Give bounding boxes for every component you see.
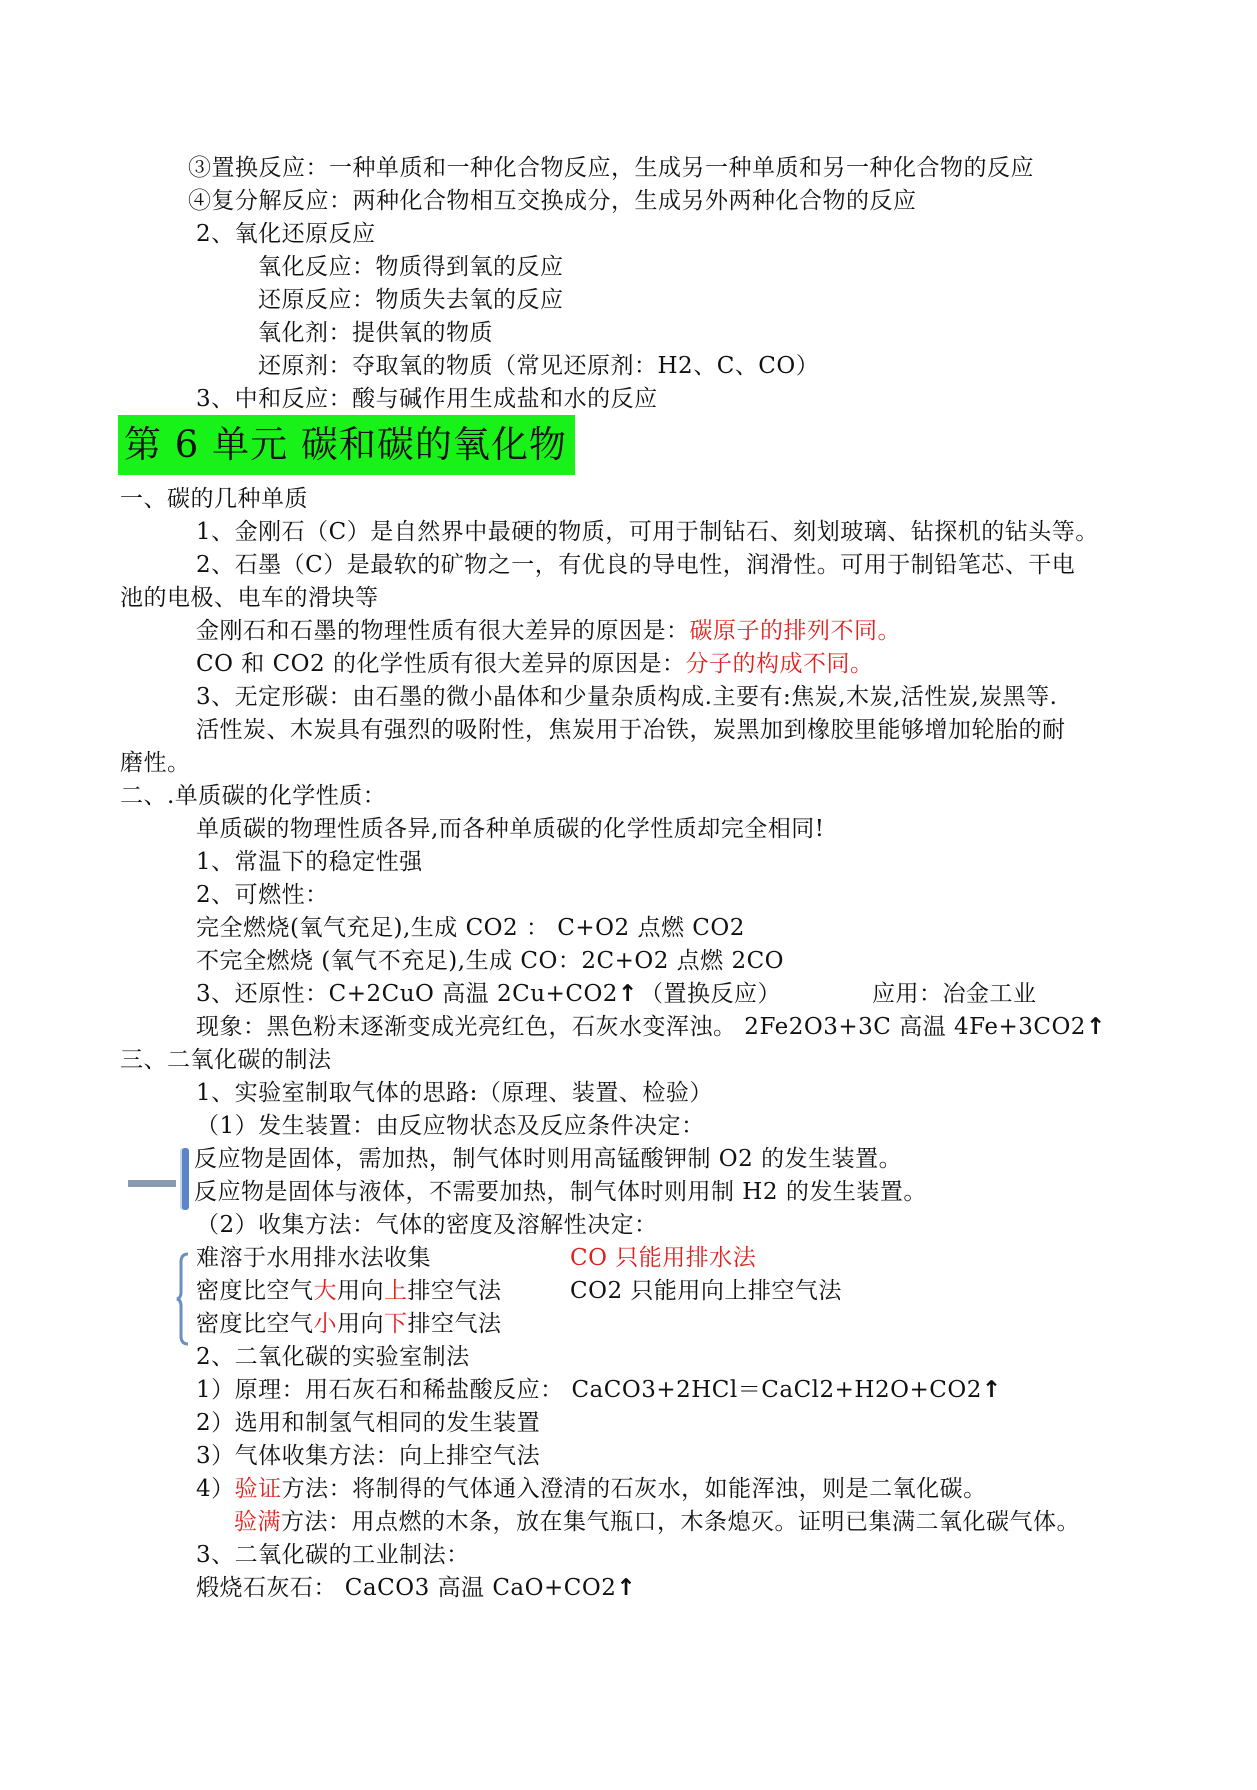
collection-upward-emph-up: 上 bbox=[384, 1278, 408, 1304]
reason-diamond-graphite-answer: 碳原子的排列不同。 bbox=[690, 618, 902, 644]
industrial-method-title: 3、二氧化碳的工业制法： bbox=[196, 1540, 470, 1570]
collection-water: 难溶于水用排水法收集 bbox=[196, 1243, 431, 1273]
collection-co2-note: CO2 只能用向上排空气法 bbox=[570, 1276, 842, 1306]
displacement-reaction-definition: ③置换反应：一种单质和一种化合物反应，生成另一种单质和另一种化合物的反应 bbox=[188, 153, 1034, 183]
dash-marker bbox=[128, 1180, 176, 1187]
reason-co-co2: CO 和 CO2 的化学性质有很大差异的原因是：分子的构成不同。 bbox=[196, 649, 873, 679]
collection-downward-emph-down: 下 bbox=[384, 1311, 408, 1337]
collection-upward-text: 密度比空气 bbox=[196, 1278, 314, 1304]
lab-co2-method-title: 2、二氧化碳的实验室制法 bbox=[196, 1342, 470, 1372]
adsorption-paragraph-line1: 活性炭、木炭具有强烈的吸附性，焦炭用于冶铁，炭黑加到橡胶里能够增加轮胎的耐 bbox=[196, 715, 1066, 745]
gas-arrow-icon: ↑ bbox=[982, 1377, 1002, 1403]
reducibility-item: 3、还原性：C+2CuO 高温 2Cu+CO2↑ bbox=[196, 979, 638, 1009]
unit-heading: 第 6 单元 碳和碳的氧化物 bbox=[124, 419, 567, 471]
generator-solid-liquid: 反应物是固体与液体，不需要加热，制气体时则用制 H2 的发生装置。 bbox=[194, 1177, 927, 1207]
section-1-title: 一、碳的几种单质 bbox=[120, 484, 308, 514]
generator-title: （1）发生装置：由反应物状态及反应条件决定： bbox=[196, 1111, 705, 1141]
phenomenon-text: 现象：黑色粉末逐渐变成光亮红色，石灰水变浑浊。 2Fe2O3+3C 高温 4Fe… bbox=[196, 1014, 1086, 1040]
section-2-title: 二、.单质碳的化学性质： bbox=[120, 781, 386, 811]
full-check-line: 验满方法：用点燃的木条，放在集气瓶口，木条熄灭。证明已集满二氧化碳气体。 bbox=[234, 1507, 1080, 1537]
adsorption-paragraph-line2: 磨性。 bbox=[120, 748, 191, 778]
generator-solid-heated: 反应物是固体，需加热，制气体时则用高锰酸钾制 O2 的发生装置。 bbox=[194, 1144, 902, 1174]
bracket-marker bbox=[182, 1148, 189, 1210]
principle-equation: 1）原理：用石灰石和稀盐酸反应： CaCO3+2HCl＝CaCl2+H2O+CO… bbox=[196, 1377, 982, 1403]
apparatus-line: 2）选用和制氢气相同的发生装置 bbox=[196, 1408, 540, 1438]
reduction-definition: 还原反应：物质失去氧的反应 bbox=[258, 285, 564, 315]
oxidant-definition: 氧化剂：提供氧的物质 bbox=[258, 318, 493, 348]
combustibility-item: 2、可燃性： bbox=[196, 880, 329, 910]
redox-title: 2、氧化还原反应 bbox=[196, 219, 376, 249]
brace-icon bbox=[176, 1252, 190, 1346]
full-check-keyword: 验满 bbox=[234, 1509, 281, 1535]
collection-downward: 密度比空气小用向下排空气法 bbox=[196, 1309, 502, 1339]
reaction-type-note: （置换反应） bbox=[640, 979, 781, 1009]
section-3-title: 三、二氧化碳的制法 bbox=[120, 1045, 332, 1075]
incomplete-combustion-equation: 不完全燃烧 (氧气不充足),生成 CO：2C+O2 点燃 2CO bbox=[196, 946, 784, 976]
gas-arrow-icon: ↑ bbox=[618, 981, 638, 1007]
collection-downward-text: 用向 bbox=[337, 1311, 384, 1337]
gas-arrow-icon: ↑ bbox=[1086, 1014, 1106, 1040]
lab-gas-approach: 1、实验室制取气体的思路:（原理、装置、检验） bbox=[196, 1078, 713, 1108]
collection-downward-text: 密度比空气 bbox=[196, 1311, 314, 1337]
application-note: 应用：冶金工业 bbox=[872, 979, 1037, 1009]
collection-upward: 密度比空气大用向上排空气法 bbox=[196, 1276, 502, 1306]
diamond-paragraph: 1、金刚石（C）是自然界中最硬的物质，可用于制钻石、刻划玻璃、钻探机的钻头等。 bbox=[196, 517, 1099, 547]
reductant-definition: 还原剂：夺取氧的物质（常见还原剂：H2、C、CO） bbox=[258, 351, 819, 381]
collection-method-line: 3）气体收集方法：向上排空气法 bbox=[196, 1441, 540, 1471]
collection-upward-emph-large: 大 bbox=[314, 1278, 338, 1304]
full-check-text: 方法：用点燃的木条，放在集气瓶口，木条熄灭。证明已集满二氧化碳气体。 bbox=[281, 1509, 1080, 1535]
industrial-equation: 煅烧石灰石： CaCO3 高温 CaO+CO2 bbox=[196, 1575, 616, 1601]
oxidation-definition: 氧化反应：物质得到氧的反应 bbox=[258, 252, 564, 282]
verification-keyword: 验证 bbox=[235, 1476, 282, 1502]
double-decomposition-definition: ④复分解反应：两种化合物相互交换成分，生成另外两种化合物的反应 bbox=[188, 186, 917, 216]
verification-prefix: 4） bbox=[196, 1476, 235, 1502]
collection-downward-text: 排空气法 bbox=[408, 1311, 502, 1337]
verification-text: 方法：将制得的气体通入澄清的石灰水，如能浑浊，则是二氧化碳。 bbox=[282, 1476, 987, 1502]
collection-title: （2）收集方法：气体的密度及溶解性决定： bbox=[196, 1210, 658, 1240]
graphite-paragraph-line2: 池的电极、电车的滑块等 bbox=[120, 583, 379, 613]
collection-co-note: CO 只能用排水法 bbox=[570, 1243, 756, 1273]
collection-upward-text: 用向 bbox=[337, 1278, 384, 1304]
document-page: ③置换反应：一种单质和一种化合物反应，生成另一种单质和另一种化合物的反应 ④复分… bbox=[0, 0, 1257, 1790]
complete-combustion-equation: 完全燃烧(氧气充足),生成 CO2 ： C+O2 点燃 CO2 bbox=[196, 913, 745, 943]
stability-item: 1、常温下的稳定性强 bbox=[196, 847, 423, 877]
graphite-paragraph-line1: 2、石墨（C）是最软的矿物之一，有优良的导电性，润滑性。可用于制铅笔芯、干电 bbox=[196, 550, 1075, 580]
industrial-equation-line: 煅烧石灰石： CaCO3 高温 CaO+CO2↑ bbox=[196, 1573, 636, 1603]
reason-co-co2-answer: 分子的构成不同。 bbox=[685, 651, 873, 677]
reducibility-equation: 3、还原性：C+2CuO 高温 2Cu+CO2 bbox=[196, 981, 618, 1007]
reason-diamond-graphite: 金刚石和石墨的物理性质有很大差异的原因是：碳原子的排列不同。 bbox=[196, 616, 901, 646]
principle-line: 1）原理：用石灰石和稀盐酸反应： CaCO3+2HCl＝CaCl2+H2O+CO… bbox=[196, 1375, 1002, 1405]
verification-line: 4）验证方法：将制得的气体通入澄清的石灰水，如能浑浊，则是二氧化碳。 bbox=[196, 1474, 987, 1504]
carbon-chemistry-intro: 单质碳的物理性质各异,而各种单质碳的化学性质却完全相同! bbox=[196, 814, 825, 844]
collection-upward-text: 排空气法 bbox=[408, 1278, 502, 1304]
reason-diamond-graphite-prefix: 金刚石和石墨的物理性质有很大差异的原因是： bbox=[196, 618, 690, 644]
gas-arrow-icon: ↑ bbox=[616, 1575, 636, 1601]
neutralization-definition: 3、中和反应：酸与碱作用生成盐和水的反应 bbox=[196, 384, 658, 414]
reason-co-co2-prefix: CO 和 CO2 的化学性质有很大差异的原因是： bbox=[196, 651, 685, 677]
collection-downward-emph-small: 小 bbox=[314, 1311, 338, 1337]
phenomenon-line: 现象：黑色粉末逐渐变成光亮红色，石灰水变浑浊。 2Fe2O3+3C 高温 4Fe… bbox=[196, 1012, 1106, 1042]
amorphous-carbon-paragraph: 3、无定形碳：由石墨的微小晶体和少量杂质构成.主要有:焦炭,木炭,活性炭,炭黑等… bbox=[196, 682, 1057, 712]
